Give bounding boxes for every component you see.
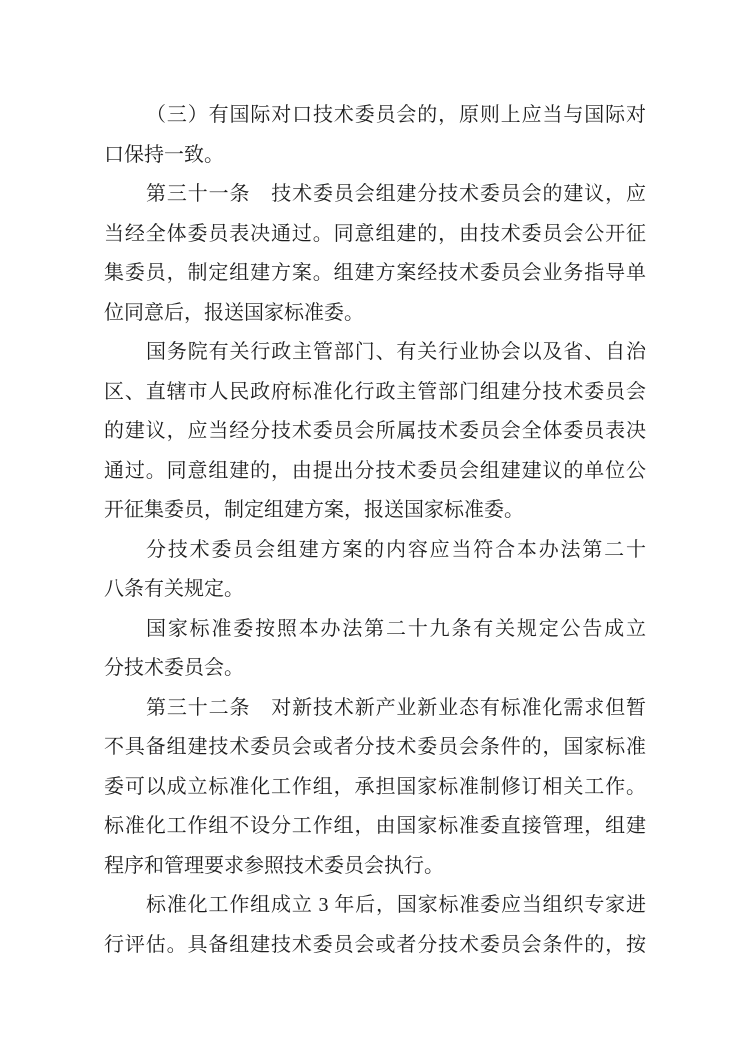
- text-line: 分技术委员会组建方案的内容应当符合本办法第二十: [104, 531, 646, 571]
- text-line: 分技术委员会。: [104, 649, 646, 689]
- text-line: 的建议，应当经分技术委员会所属技术委员会全体委员表决: [104, 412, 646, 452]
- text-line: 标准化工作组不设分工作组，由国家标准委直接管理，组建: [104, 807, 646, 847]
- text-line: 集委员，制定组建方案。组建方案经技术委员会业务指导单: [104, 254, 646, 294]
- text-line: 开征集委员，制定组建方案，报送国家标准委。: [104, 491, 646, 531]
- text-line: 口保持一致。: [104, 136, 646, 176]
- text-line: 行评估。具备组建技术委员会或者分技术委员会条件的，按: [104, 926, 646, 966]
- text-line: 通过。同意组建的，由提出分技术委员会组建建议的单位公: [104, 452, 646, 492]
- document-lines: （三）有国际对口技术委员会的，原则上应当与国际对口保持一致。第三十一条 技术委员…: [104, 96, 646, 965]
- text-line: 区、直辖市人民政府标准化行政主管部门组建分技术委员会: [104, 373, 646, 413]
- text-line: 第三十二条 对新技术新产业新业态有标准化需求但暂: [104, 689, 646, 729]
- text-line: 位同意后，报送国家标准委。: [104, 294, 646, 334]
- text-line: 八条有关规定。: [104, 570, 646, 610]
- text-line: 国务院有关行政主管部门、有关行业协会以及省、自治: [104, 333, 646, 373]
- text-line: 委可以成立标准化工作组，承担国家标准制修订相关工作。: [104, 768, 646, 808]
- text-line: （三）有国际对口技术委员会的，原则上应当与国际对: [104, 96, 646, 136]
- document-page: （三）有国际对口技术委员会的，原则上应当与国际对口保持一致。第三十一条 技术委员…: [0, 0, 750, 1060]
- text-line: 当经全体委员表决通过。同意组建的，由技术委员会公开征: [104, 215, 646, 255]
- text-line: 第三十一条 技术委员会组建分技术委员会的建议，应: [104, 175, 646, 215]
- text-line: 标准化工作组成立 3 年后，国家标准委应当组织专家进: [104, 886, 646, 926]
- text-line: 国家标准委按照本办法第二十九条有关规定公告成立: [104, 610, 646, 650]
- text-line: 不具备组建技术委员会或者分技术委员会条件的，国家标准: [104, 728, 646, 768]
- text-line: 程序和管理要求参照技术委员会执行。: [104, 847, 646, 887]
